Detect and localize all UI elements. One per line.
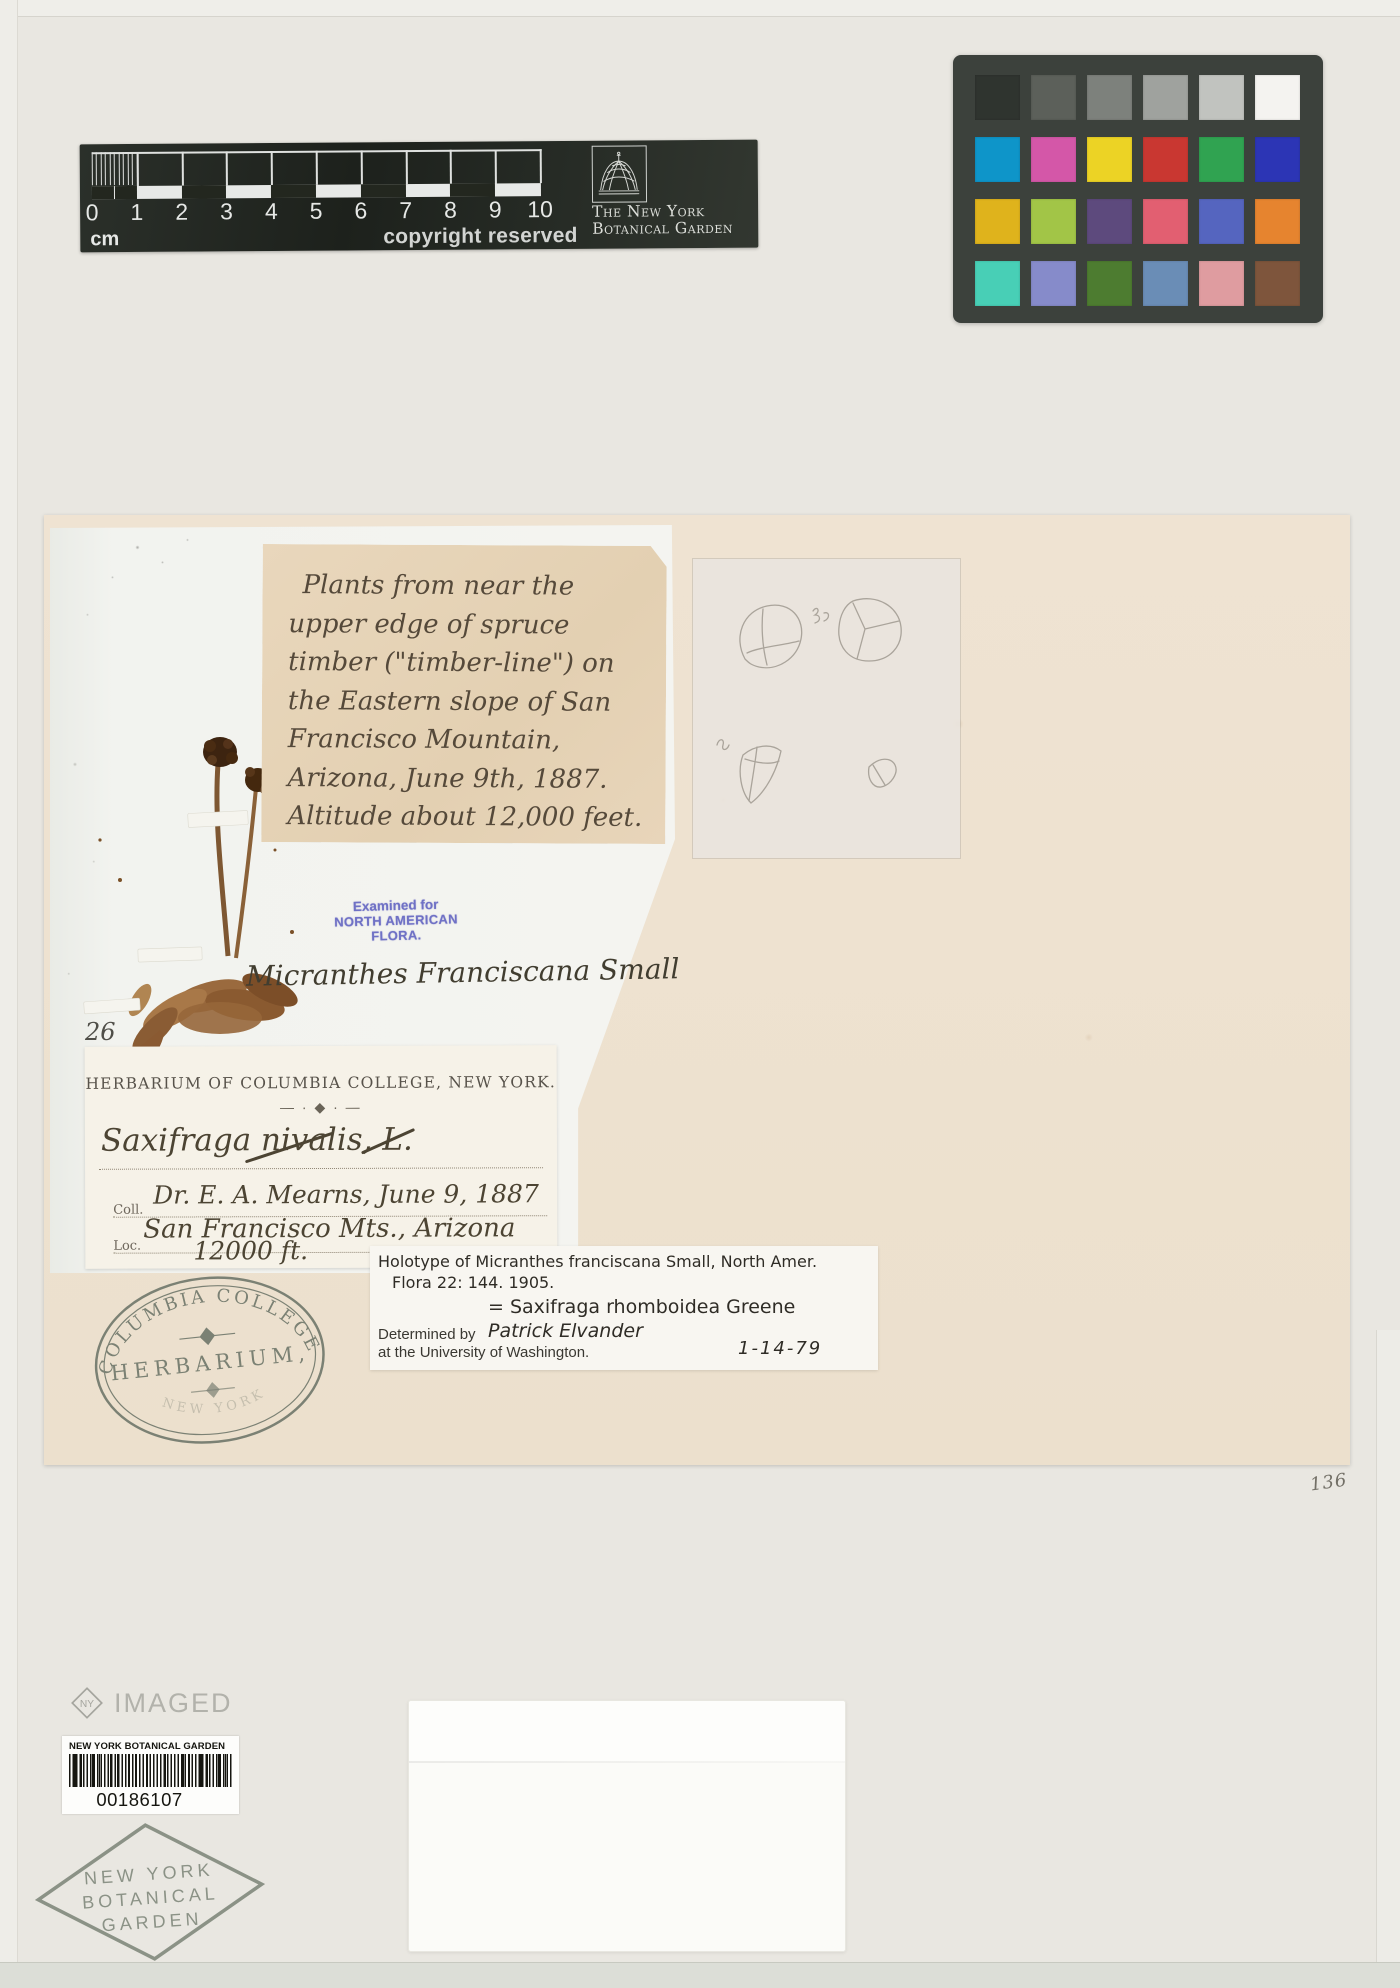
color-patch bbox=[1255, 137, 1300, 182]
determination-date: 1-14-79 bbox=[738, 1338, 822, 1359]
ruler-number: 0 bbox=[77, 199, 107, 226]
color-patch bbox=[1087, 137, 1132, 182]
color-patch bbox=[1031, 137, 1076, 182]
imaged-text: IMAGED bbox=[114, 1688, 233, 1719]
color-patch bbox=[1199, 137, 1244, 182]
color-patch bbox=[975, 261, 1020, 306]
color-patch bbox=[975, 137, 1020, 182]
nybg-name-line2: Botanical Garden bbox=[592, 219, 772, 238]
imaged-stamp: NY IMAGED bbox=[70, 1686, 233, 1720]
nybg-dome-icon bbox=[592, 145, 647, 202]
ruler-number: 1 bbox=[122, 199, 152, 226]
color-patch bbox=[1087, 261, 1132, 306]
copyright-text: copyright reserved bbox=[383, 224, 578, 249]
field-label-line: Arizona, June 9th, 1887. bbox=[287, 759, 659, 799]
color-patch bbox=[1255, 261, 1300, 306]
color-patch bbox=[1031, 261, 1076, 306]
columbia-label-header: HERBARIUM OF COLUMBIA COLLEGE, NEW YORK. bbox=[85, 1073, 557, 1093]
holotype-line2: Flora 22: 144. 1905. bbox=[392, 1273, 554, 1292]
color-patch bbox=[1143, 261, 1188, 306]
field-collection-label: Plants from near the upper edge of spruc… bbox=[261, 544, 667, 844]
barcode-label: NEW YORK BOTANICAL GARDEN 00186107 bbox=[62, 1736, 239, 1814]
collector-handwriting: Dr. E. A. Mearns, June 9, 1887 bbox=[153, 1179, 539, 1209]
determined-by-printed: Determined by bbox=[378, 1326, 476, 1343]
determiner-handwriting: Patrick Elvander bbox=[488, 1320, 643, 1342]
field-label-line: the Eastern slope of San bbox=[288, 682, 660, 722]
ruler-number: 4 bbox=[256, 198, 286, 225]
ny-diamond-icon: NY bbox=[70, 1686, 104, 1720]
ruler-numbers: 012345678910 bbox=[80, 140, 758, 145]
backing-board-left-edge bbox=[0, 0, 18, 1988]
color-patch bbox=[1143, 75, 1188, 120]
barcode-organization: NEW YORK BOTANICAL GARDEN bbox=[69, 1741, 232, 1752]
color-patch bbox=[1031, 199, 1076, 244]
fragment-envelope bbox=[408, 1700, 846, 1952]
backing-board-bottom-edge bbox=[0, 1962, 1400, 1988]
color-patch bbox=[1255, 199, 1300, 244]
examined-stamp: Examined for NORTH AMERICAN FLORA. bbox=[311, 896, 480, 945]
holotype-line1: Holotype of Micranthes franciscana Small… bbox=[378, 1252, 817, 1271]
ruler-number: 9 bbox=[480, 196, 510, 223]
pencil-leaf-sketches bbox=[693, 559, 960, 858]
sheet-number: 26 bbox=[85, 1018, 116, 1046]
ruler-scale-marks bbox=[80, 140, 758, 145]
synonym-line: = Saxifraga rhomboidea Greene bbox=[488, 1296, 795, 1318]
color-patch bbox=[975, 75, 1020, 120]
color-patch bbox=[975, 199, 1020, 244]
determination-label: Holotype of Micranthes franciscana Small… bbox=[370, 1246, 878, 1370]
field-label-line: upper edge of spruce bbox=[288, 605, 660, 645]
columbia-college-label: HERBARIUM OF COLUMBIA COLLEGE, NEW YORK.… bbox=[85, 1045, 558, 1269]
backing-board-top-edge bbox=[0, 0, 1400, 17]
diamond-stamp-line3: GARDEN bbox=[101, 1908, 203, 1935]
columbia-herbarium-oval-stamp: COLUMBIA COLLEGE HERBARIUM, NEW YORK bbox=[81, 1262, 340, 1462]
color-patch bbox=[1143, 199, 1188, 244]
ruler-number: 5 bbox=[301, 198, 331, 225]
locality-field-label: Loc. bbox=[113, 1239, 141, 1254]
color-patch bbox=[1199, 261, 1244, 306]
ruler-unit-label: cm bbox=[90, 228, 119, 251]
color-patch bbox=[1143, 137, 1188, 182]
scale-bar-ruler: 012345678910 cm copyright reserved The N… bbox=[80, 140, 759, 253]
ruler-number: 6 bbox=[346, 197, 376, 224]
field-label-line: Francisco Mountain, bbox=[288, 720, 660, 760]
altitude-handwriting: 12000 ft. bbox=[193, 1236, 308, 1265]
color-patch bbox=[1199, 75, 1244, 120]
ruler-number: 2 bbox=[167, 199, 197, 226]
examined-stamp-line2: NORTH AMERICAN FLORA. bbox=[312, 911, 481, 945]
color-patch bbox=[1087, 199, 1132, 244]
color-patch bbox=[1199, 199, 1244, 244]
backing-board-right-seam bbox=[1376, 1330, 1400, 1988]
color-patch bbox=[1031, 75, 1076, 120]
color-patch bbox=[1087, 75, 1132, 120]
envelope-crease bbox=[409, 1761, 845, 1763]
ruler-number: 8 bbox=[435, 197, 465, 224]
nybg-diamond-stamp: NEW YORK BOTANICAL GARDEN bbox=[29, 1814, 270, 1970]
color-patch bbox=[1255, 75, 1300, 120]
barcode-number: 00186107 bbox=[69, 1789, 232, 1811]
field-label-line: Altitude about 12,000 feet. bbox=[287, 797, 659, 837]
label-divider-ornament: — · ◆ · — bbox=[85, 1098, 557, 1117]
ruler-number: 7 bbox=[391, 197, 421, 224]
page-number-pencil: 136 bbox=[1309, 1470, 1349, 1496]
color-calibration-card bbox=[953, 55, 1323, 323]
oval-stamp-center: HERBARIUM, bbox=[109, 1341, 310, 1386]
herbarium-specimen-photo: 012345678910 cm copyright reserved The N… bbox=[0, 0, 1400, 1988]
ny-monogram: NY bbox=[80, 1699, 94, 1710]
institution-printed: at the University of Washington. bbox=[378, 1344, 589, 1361]
label-rule-line bbox=[99, 1167, 543, 1170]
ruler-number: 10 bbox=[525, 196, 555, 223]
field-label-line: timber ("timber-line") on bbox=[288, 643, 660, 683]
collector-field-label: Coll. bbox=[113, 1203, 143, 1218]
barcode-icon bbox=[69, 1754, 232, 1787]
ruler-number: 3 bbox=[211, 198, 241, 225]
species-name-handwriting: Saxifraga nivalis, L. bbox=[101, 1122, 413, 1159]
field-label-line: Plants from near the bbox=[288, 566, 660, 606]
